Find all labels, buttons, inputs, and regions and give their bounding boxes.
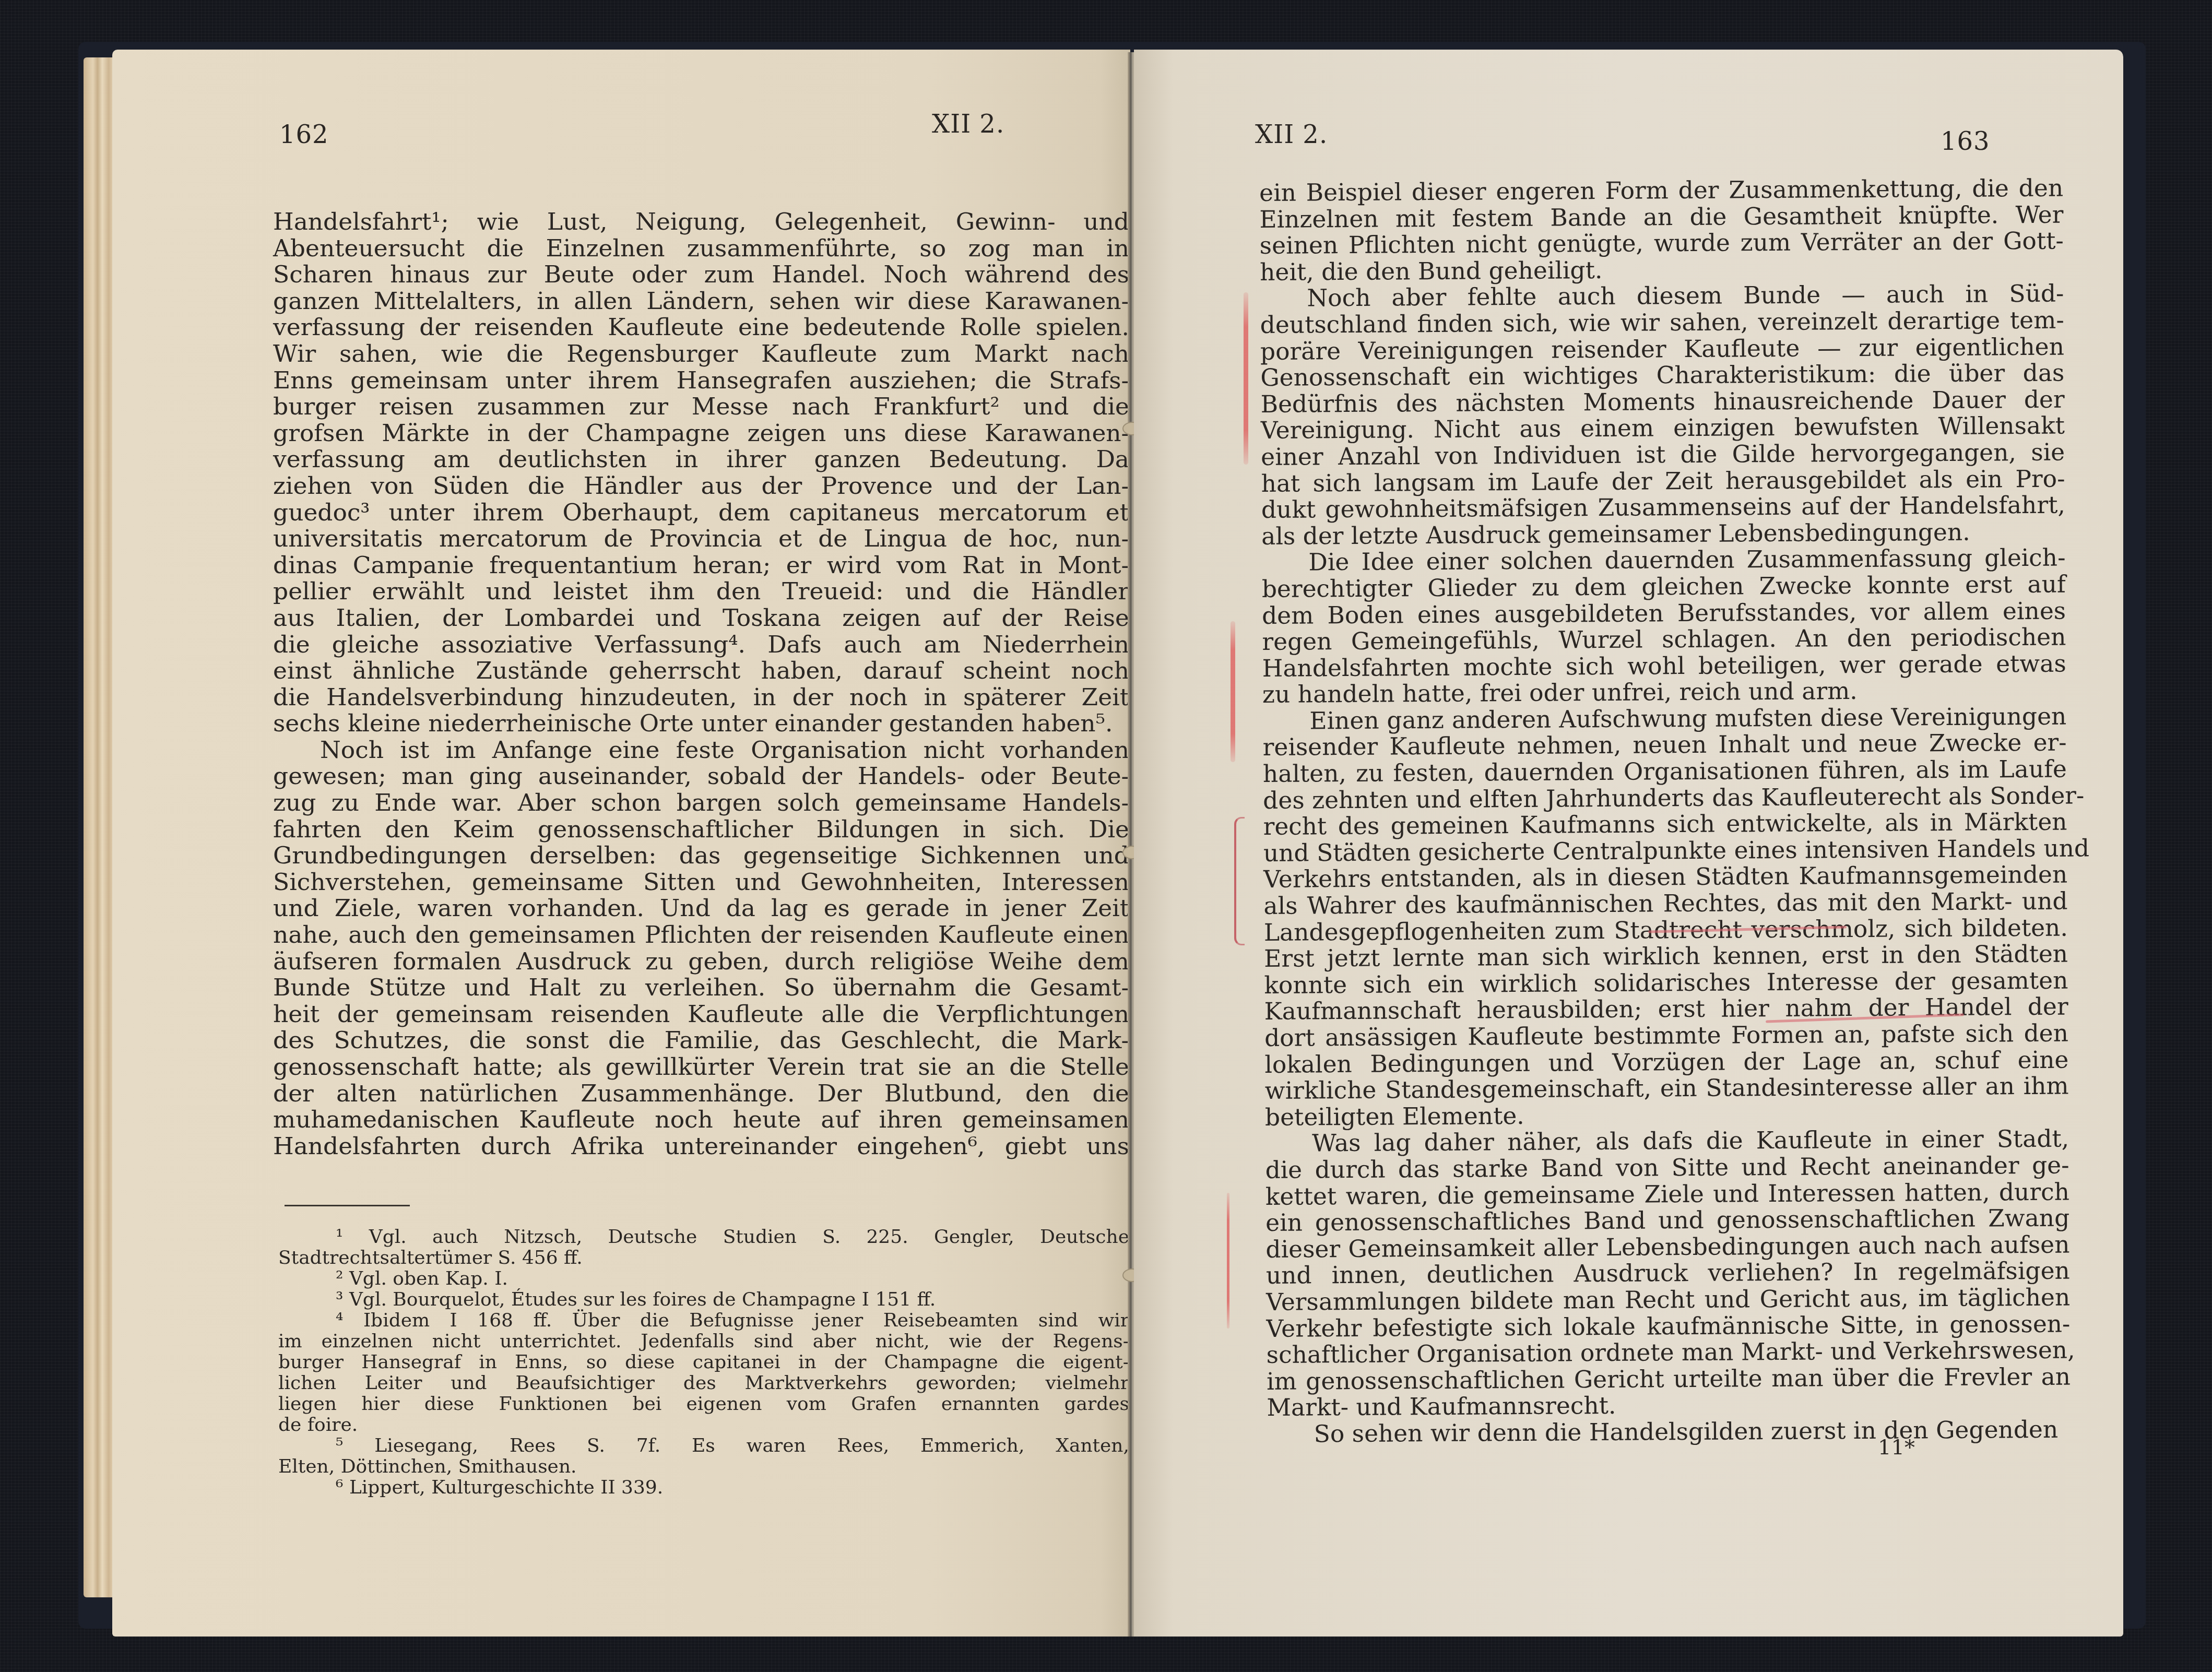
text-line: dinas Campanie frequentantium heran; er … <box>273 552 1129 579</box>
text-line: gewesen; man ging auseinander, sobald de… <box>273 763 1129 790</box>
left-body-text: Handelsfahrt¹; wie Lust, Neigung, Gelege… <box>273 209 1129 1159</box>
text-line: Scharen hinaus zur Beute oder zum Handel… <box>273 262 1129 288</box>
text-line: nahe, auch den gemeinsamen Pflichten der… <box>273 922 1129 948</box>
text-line: die gleiche assoziative Verfassung⁴. Daf… <box>273 632 1129 658</box>
footnote-line: de foire. <box>278 1415 1129 1436</box>
footnote-line: ³ Vgl. Bourquelot, Études sur les foires… <box>278 1289 1129 1310</box>
text-line: genossenschaft hatte; als gewillkürter V… <box>273 1054 1129 1081</box>
footnote-line: liegen hier diese Funktionen bei eigenen… <box>278 1394 1129 1415</box>
text-line: pellier erwählt und leistet ihm den Treu… <box>273 578 1129 605</box>
right-body-text: ein Beispiel dieser engeren Form der Zus… <box>1259 175 2071 1448</box>
page-number-left: 162 <box>279 120 329 149</box>
text-line: universitatis mercatorum de Provincia et… <box>273 526 1129 552</box>
text-line: sechs kleine niederrheinische Orte unter… <box>273 710 1129 737</box>
footnote-line: ² Vgl. oben Kap. I. <box>278 1268 1129 1289</box>
text-line: heit der gemeinsam reisenden Kaufleute a… <box>273 1001 1129 1028</box>
text-line: grofsen Märkte in der Champagne zeigen u… <box>273 420 1129 447</box>
text-line: Grundbedingungen derselben: das gegensei… <box>273 843 1129 869</box>
page-number-right: 163 <box>1941 127 1990 156</box>
text-line: muhamedanischen Kaufleute noch heute auf… <box>273 1107 1129 1133</box>
text-line: Enns gemeinsam unter ihrem Hansegrafen a… <box>273 367 1129 394</box>
text-line: seinen Pflichten nicht genügte, wurde zu… <box>1260 228 2064 259</box>
text-line: im genossenschaftlichen Gericht urteilte… <box>1267 1363 2071 1395</box>
text-line: Handelsfahrt¹; wie Lust, Neigung, Gelege… <box>273 209 1129 235</box>
footnote-line: lichen Leiter und Beaufsichtiger des Mar… <box>278 1373 1129 1394</box>
text-line: Handelsfahrten durch Afrika untereinande… <box>273 1133 1129 1160</box>
text-line: Sichverstehen, gemeinsame Sitten und Gew… <box>273 869 1129 896</box>
text-line: Abenteuersucht die Einzelnen zusammenfüh… <box>273 235 1129 262</box>
text-line: wirkliche Standesgemeinschaft, ein Stand… <box>1265 1073 2069 1105</box>
text-line: zug zu Ende war. Aber schon bargen solch… <box>273 790 1129 816</box>
text-line: die Handelsverbindung hinzudeuten, in de… <box>273 684 1129 711</box>
signature-mark: 11* <box>1878 1436 1915 1460</box>
red-pencil-mark <box>1227 1193 1229 1329</box>
red-pencil-mark <box>1231 621 1235 762</box>
text-line: verfassung am deutlichsten in ihrer ganz… <box>273 446 1129 473</box>
page-edges <box>84 57 115 1597</box>
text-line: So sehen wir denn die Handelsgilden zuer… <box>1267 1416 2071 1448</box>
text-line: und Ziele, waren vorhanden. Und da lag e… <box>273 895 1129 922</box>
text-line: Bunde Stütze und Halt zu verleihen. So ü… <box>273 975 1129 1001</box>
left-footnotes: ¹ Vgl. auch Nitzsch, Deutsche Studien S.… <box>278 1227 1129 1498</box>
red-pencil-bracket <box>1234 817 1245 945</box>
section-header-left: XII 2. <box>932 110 1004 139</box>
text-line: ziehen von Süden die Händler aus der Pro… <box>273 473 1129 500</box>
text-line: Wir sahen, wie die Regensburger Kaufleut… <box>273 341 1129 367</box>
text-line: burger reisen zusammen zur Messe nach Fr… <box>273 394 1129 420</box>
text-line: Noch ist im Anfange eine feste Organisat… <box>273 737 1129 764</box>
footnote-line: ⁴ Ibidem I 168 ff. Über die Befugnisse j… <box>278 1310 1129 1331</box>
footnote-line: im einzelnen nicht unterrichtet. Jedenfa… <box>278 1331 1129 1352</box>
left-page: 162 XII 2. Handelsfahrt¹; wie Lust, Neig… <box>112 50 1130 1637</box>
text-line: Handelsfahrten mochte sich wohl beteilig… <box>1262 650 2066 682</box>
section-header-right: XII 2. <box>1255 120 1328 149</box>
footnote-line: Stadtrechtsaltertümer S. 456 ff. <box>278 1248 1129 1268</box>
footnote-line: ⁶ Lippert, Kulturgeschichte II 339. <box>278 1477 1129 1498</box>
text-line: ganzen Mittelalters, in allen Ländern, s… <box>273 288 1129 315</box>
text-line: fahrten den Keim genossenschaftlicher Bi… <box>273 816 1129 843</box>
text-line: äufseren formalen Ausdruck zu geben, dur… <box>273 948 1129 975</box>
right-page: XII 2. 163 ein Beispiel dieser engeren F… <box>1134 50 2123 1637</box>
footnote-rule <box>285 1205 410 1206</box>
footnote-line: ⁵ Liesegang, Rees S. 7f. Es waren Rees, … <box>278 1436 1129 1456</box>
text-line: des Schutzes, die sonst die Familie, das… <box>273 1027 1129 1054</box>
text-line: einst ähnliche Zustände geherrscht haben… <box>273 658 1129 684</box>
text-line: der alten natürlichen Zusammenhänge. Der… <box>273 1081 1129 1107</box>
footnote-line: Elten, Döttinchen, Smithausen. <box>278 1456 1129 1477</box>
text-line: guedoc³ unter ihrem Oberhaupt, dem capit… <box>273 500 1129 526</box>
text-line: verfassung der reisenden Kaufleute eine … <box>273 314 1129 341</box>
text-line: aus Italien, der Lombardei und Toskana z… <box>273 605 1129 632</box>
footnote-line: ¹ Vgl. auch Nitzsch, Deutsche Studien S.… <box>278 1227 1129 1248</box>
red-pencil-mark <box>1244 292 1248 465</box>
footnote-line: burger Hansegraf in Enns, so diese capit… <box>278 1352 1129 1373</box>
